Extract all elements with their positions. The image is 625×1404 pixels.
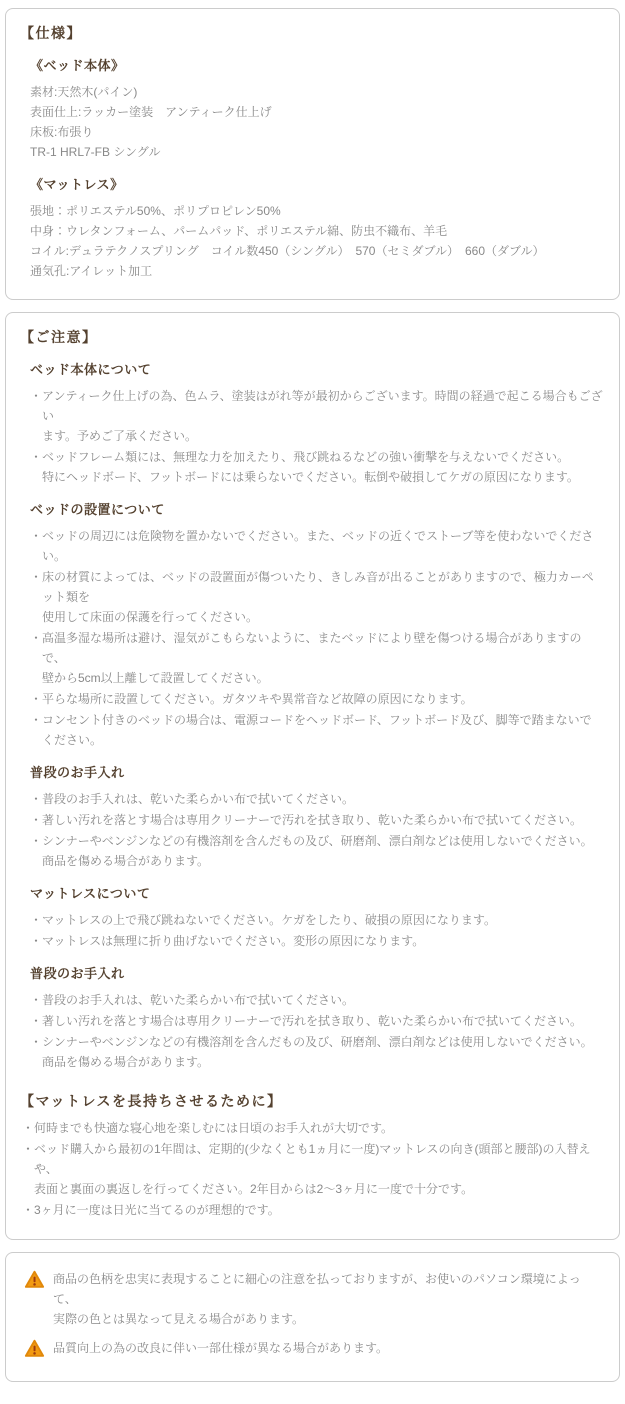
notice-section-heading: ベッドの設置について: [30, 500, 603, 520]
notice-section-heading: マットレスについて: [30, 884, 603, 904]
disclaimer-text: 商品の色柄を忠実に表現することに細心の注意を払っておりますが、お使いのパソコン環…: [53, 1269, 603, 1329]
notice-bullet: ・普段のお手入れは、乾いた柔らかい布で拭いてください。: [30, 789, 603, 809]
notice-bullet: ・マットレスは無理に折り曲げないでください。変形の原因になります。: [30, 931, 603, 951]
mattress-longevity-section: 【マットレスを長持ちさせるために】 ・何時までも快適な寝心地を楽しむには日頃のお…: [20, 1091, 603, 1220]
spec-title: 【仕様】: [20, 23, 603, 43]
spec-box: 【仕様】 《ベッド本体》 素材:天然木(パイン) 表面仕上:ラッカー塗装 アンテ…: [5, 8, 620, 300]
spec-bed-line: 床板:布張り: [30, 122, 603, 142]
notice-bullet: ・普段のお手入れは、乾いた柔らかい布で拭いてください。: [30, 990, 603, 1010]
notice-bullet: ・床の材質によっては、ベッドの設置面が傷ついたり、きしみ音が出ることがありますの…: [30, 567, 603, 627]
notice-box: 【ご注意】 ベッド本体について ・アンティーク仕上げの為、色ムラ、塗装はがれ等が…: [5, 312, 620, 1240]
spec-mattress-line: 中身：ウレタンフォーム、パームパッド、ポリエステル綿、防虫不織布、羊毛: [30, 221, 603, 241]
notice-section-heading: 普段のお手入れ: [30, 763, 603, 783]
notice-bullet: ・アンティーク仕上げの為、色ムラ、塗装はがれ等が最初からございます。時間の経過で…: [30, 386, 603, 446]
notice-bullet: ・マットレスの上で飛び跳ねないでください。ケガをしたり、破損の原因になります。: [30, 910, 603, 930]
notice-section-bed-placement: ベッドの設置について ・ベッドの周辺には危険物を置かないでください。また、ベッド…: [30, 500, 603, 750]
notice-section-daily-care-mattress: 普段のお手入れ ・普段のお手入れは、乾いた柔らかい布で拭いてください。 ・著しい…: [30, 964, 603, 1072]
warning-triangle-icon: [24, 1339, 45, 1358]
notice-section-heading: ベッド本体について: [30, 360, 603, 380]
spec-mattress-line: コイル:デュラテクノスプリング コイル数450（シングル） 570（セミダブル）…: [30, 241, 603, 261]
longevity-bullet: ・何時までも快適な寝心地を楽しむには日頃のお手入れが大切です。: [22, 1118, 603, 1138]
notice-section-heading: 普段のお手入れ: [30, 964, 603, 984]
notice-bullet: ・ベッドフレーム類には、無理な力を加えたり、飛び跳ねるなどの強い衝撃を与えないで…: [30, 447, 603, 487]
spec-bed-line: TR-1 HRL7-FB シングル: [30, 142, 603, 162]
spec-bed-heading: 《ベッド本体》: [30, 56, 603, 76]
longevity-title: 【マットレスを長持ちさせるために】: [20, 1091, 603, 1111]
product-spec-page: 【仕様】 《ベッド本体》 素材:天然木(パイン) 表面仕上:ラッカー塗装 アンテ…: [0, 0, 625, 1404]
longevity-bullet: ・3ヶ月に一度は日光に当てるのが理想的です。: [22, 1200, 603, 1220]
spec-mattress-line: 張地：ポリエステル50%、ポリプロピレン50%: [30, 201, 603, 221]
notice-bullet: ・平らな場所に設置してください。ガタツキや異常音など故障の原因になります。: [30, 689, 603, 709]
disclaimer-item-color: 商品の色柄を忠実に表現することに細心の注意を払っておりますが、お使いのパソコン環…: [22, 1269, 603, 1329]
notice-bullet: ・著しい汚れを落とす場合は専用クリーナーで汚れを拭き取り、乾いた柔らかい布で拭い…: [30, 810, 603, 830]
longevity-bullet: ・ベッド購入から最初の1年間は、定期的(少なくとも1ヵ月に一度)マットレスの向き…: [22, 1139, 603, 1199]
disclaimer-item-spec-change: 品質向上の為の改良に伴い一部仕様が異なる場合があります。: [22, 1338, 603, 1358]
notice-bullet: ・ベッドの周辺には危険物を置かないでください。また、ベッドの近くでストーブ等を使…: [30, 526, 603, 566]
notice-section-mattress: マットレスについて ・マットレスの上で飛び跳ねないでください。ケガをしたり、破損…: [30, 884, 603, 951]
spec-mattress-section: 《マットレス》 張地：ポリエステル50%、ポリプロピレン50% 中身：ウレタンフ…: [30, 175, 603, 281]
spec-mattress-heading: 《マットレス》: [30, 175, 603, 195]
notice-bullet: ・シンナーやベンジンなどの有機溶剤を含んだもの及び、研磨剤、漂白剤などは使用しな…: [30, 831, 603, 871]
notice-section-daily-care-bed: 普段のお手入れ ・普段のお手入れは、乾いた柔らかい布で拭いてください。 ・著しい…: [30, 763, 603, 871]
notice-bullet: ・コンセント付きのベッドの場合は、電源コードをヘッドボード、フットボード及び、脚…: [30, 710, 603, 750]
spec-bed-section: 《ベッド本体》 素材:天然木(パイン) 表面仕上:ラッカー塗装 アンティーク仕上…: [30, 56, 603, 162]
spec-bed-line: 表面仕上:ラッカー塗装 アンティーク仕上げ: [30, 102, 603, 122]
warning-triangle-icon: [24, 1270, 45, 1289]
spec-bed-line: 素材:天然木(パイン): [30, 82, 603, 102]
disclaimer-box: 商品の色柄を忠実に表現することに細心の注意を払っておりますが、お使いのパソコン環…: [5, 1252, 620, 1382]
notice-bullet: ・著しい汚れを落とす場合は専用クリーナーで汚れを拭き取り、乾いた柔らかい布で拭い…: [30, 1011, 603, 1031]
notice-section-bed-body: ベッド本体について ・アンティーク仕上げの為、色ムラ、塗装はがれ等が最初からござ…: [30, 360, 603, 487]
disclaimer-text: 品質向上の為の改良に伴い一部仕様が異なる場合があります。: [53, 1338, 388, 1358]
notice-bullet: ・高温多湿な場所は避け、湿気がこもらないように、またベッドにより壁を傷つける場合…: [30, 628, 603, 688]
notice-title: 【ご注意】: [20, 327, 603, 347]
spec-mattress-line: 通気孔:アイレット加工: [30, 261, 603, 281]
notice-bullet: ・シンナーやベンジンなどの有機溶剤を含んだもの及び、研磨剤、漂白剤などは使用しな…: [30, 1032, 603, 1072]
